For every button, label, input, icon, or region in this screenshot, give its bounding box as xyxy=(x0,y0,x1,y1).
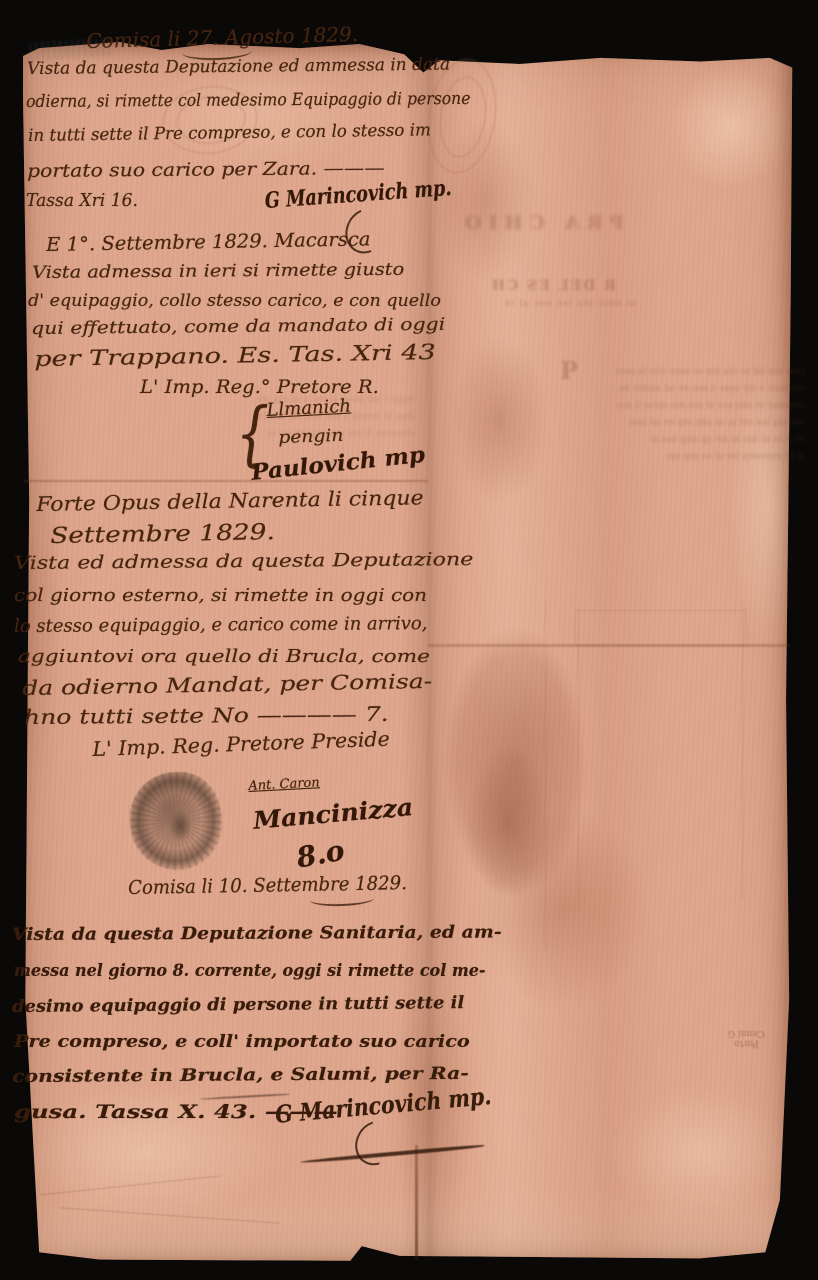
entry2-line: Vista admessa in ieri si rimette giusto xyxy=(32,260,404,283)
entry4-line: consistente in Brucla, e Salumi, per Ra- xyxy=(12,1064,469,1087)
entry1-line: portato suo carico per Zara. ——— xyxy=(27,158,385,182)
entry2-witness-signature: pengin xyxy=(278,426,344,448)
entry2-line: d' equipaggio, collo stesso carico, e co… xyxy=(28,291,441,311)
entry3-line: aggiuntovi ora quello di Brucla, come xyxy=(18,646,430,667)
ghost-table-rule xyxy=(545,600,546,950)
ghost-table-rule xyxy=(578,606,579,906)
horizontal-fold-crease-left xyxy=(24,480,428,482)
entry3-line: Vista ed admessa da questa Deputazione xyxy=(14,549,473,574)
entry4-line: Pre compreso, e coll' importato suo cari… xyxy=(14,1032,470,1052)
entry3-line: col giorno esterno, si rimette in oggi c… xyxy=(14,585,427,606)
entry1-tax-line: Tassa Xri 16. xyxy=(26,190,138,211)
entry3-line: hno tutti sette No ———— 7. xyxy=(24,702,389,729)
entry4-line: Vista da questa Deputazione Sanitaria, e… xyxy=(12,922,502,945)
page-edge-shadow xyxy=(415,1145,418,1260)
ghost-table-box xyxy=(575,610,747,646)
circular-ink-seal xyxy=(130,772,222,870)
entry2-witness-signature: Llmanich xyxy=(266,396,352,421)
entry4-line: messa nel giorno 8. corrente, oggi si ri… xyxy=(14,961,486,981)
entry4-line: desimo equipaggio di persone in tutti se… xyxy=(12,993,464,1017)
entry1-line: odierna, si rimette col medesimo Equipag… xyxy=(26,89,471,112)
entry3-line: lo stesso equipaggio, e carico come in a… xyxy=(14,613,428,637)
entry3-placeline: Settembre 1829. xyxy=(50,520,275,549)
scanned-document-page: PRA CHIO R DEL ES CH at onrc ota ise noc… xyxy=(0,0,818,1280)
